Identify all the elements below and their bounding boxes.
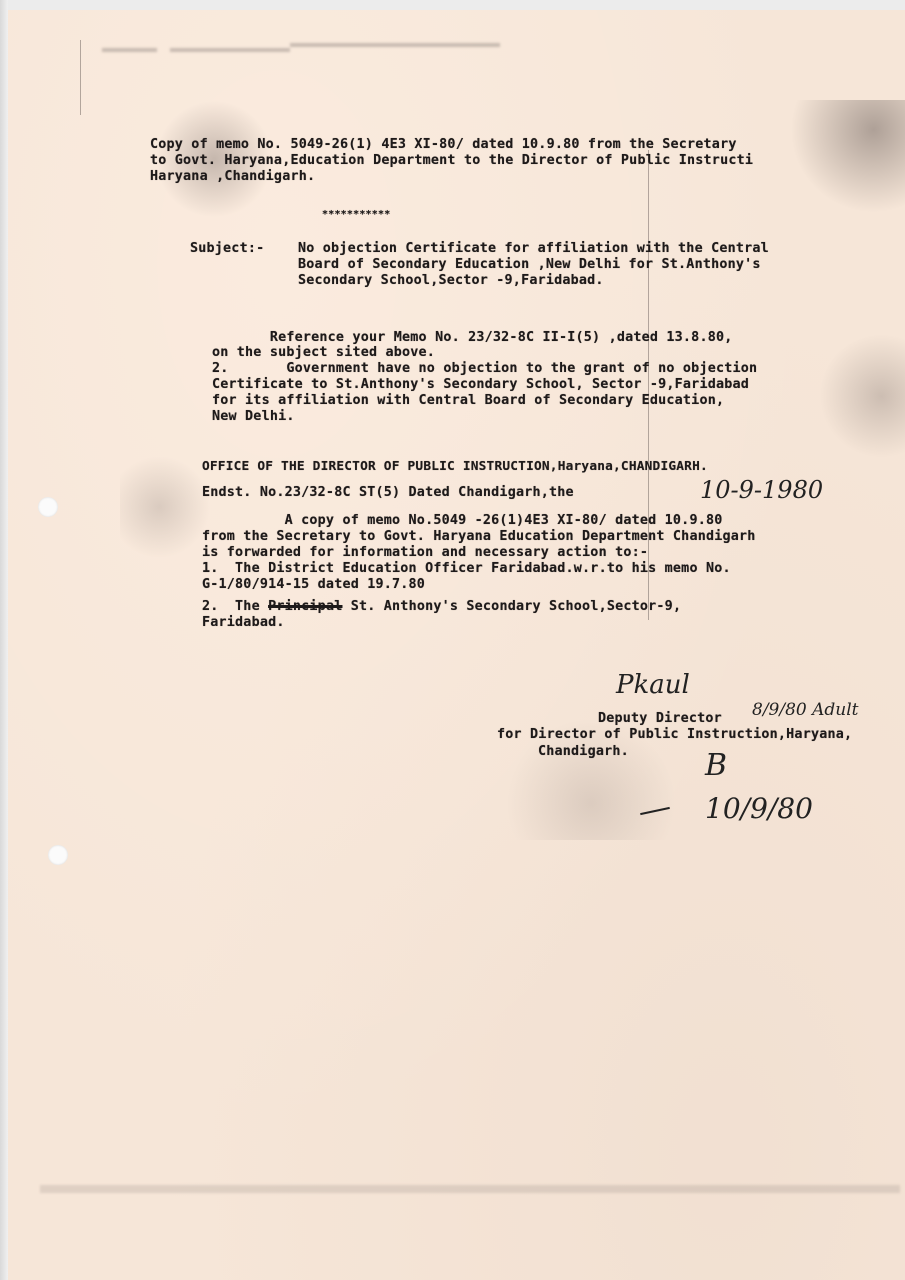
endorsement-line-1: A copy of memo No.5049 -26(1)4E3 XI-80/ … — [202, 514, 723, 529]
body-line-6: New Delhi. — [212, 410, 295, 425]
ghost-strip — [40, 1185, 900, 1193]
header-line-3: Haryana ,Chandigarh. — [150, 170, 315, 185]
recipient-2-prefix: 2. The — [202, 599, 268, 614]
body-line-5: for its affiliation with Central Board o… — [212, 394, 724, 409]
subject-line-3: Secondary School,Sector -9,Faridabad. — [298, 274, 604, 289]
handwritten-initials: B — [705, 748, 727, 783]
document-page — [8, 10, 905, 1280]
recipient-2-line-2: Faridabad. — [202, 616, 285, 631]
ghost-mark — [290, 43, 500, 47]
scanner-edge — [0, 0, 8, 1280]
punch-hole-top — [38, 497, 58, 517]
handwritten-date: 10-9-1980 — [700, 476, 823, 504]
handwritten-signature: Pkaul — [616, 670, 690, 700]
endorsement-number: Endst. No.23/32-8C ST(5) Dated Chandigar… — [202, 486, 574, 501]
punch-hole-bottom — [48, 845, 68, 865]
recipient-1-line-1: 1. The District Education Officer Farida… — [202, 562, 731, 577]
endorsement-line-3: is forwarded for information and necessa… — [202, 546, 648, 561]
header-line-2: to Govt. Haryana,Education Department to… — [150, 154, 753, 169]
struck-word: Principal — [268, 599, 342, 614]
body-line-2: on the subject sited above. — [212, 346, 435, 361]
ghost-mark — [102, 48, 157, 52]
body-line-3: 2. Government have no objection to the g… — [212, 362, 757, 377]
subject-line-1: No objection Certificate for affiliation… — [298, 242, 769, 257]
subject-line-2: Board of Secondary Education ,New Delhi … — [298, 258, 761, 273]
handwritten-date-2: 10/9/80 — [705, 792, 813, 825]
subject-label: Subject:- — [190, 242, 264, 257]
recipient-2-suffix: St. Anthony's Secondary School,Sector-9, — [342, 599, 681, 614]
handwritten-note: 8/9/80 Adult — [752, 700, 859, 720]
signatory-for-line: for Director of Public Instruction,Harya… — [497, 728, 852, 743]
recipient-1-line-2: G-1/80/914-15 dated 19.7.80 — [202, 578, 425, 593]
body-line-1: Reference your Memo No. 23/32-8C II-I(5)… — [212, 331, 733, 346]
recipient-2-line-1: 2. The Principal St. Anthony's Secondary… — [202, 600, 681, 615]
header-line-1: Copy of memo No. 5049-26(1) 4E3 XI-80/ d… — [150, 138, 737, 153]
body-line-4: Certificate to St.Anthony's Secondary Sc… — [212, 378, 749, 393]
office-heading: OFFICE OF THE DIRECTOR OF PUBLIC INSTRUC… — [202, 460, 708, 475]
endorsement-line-2: from the Secretary to Govt. Haryana Educ… — [202, 530, 756, 545]
ghost-mark — [170, 48, 290, 52]
separator: *********** — [322, 208, 390, 223]
signatory-title: Deputy Director — [598, 712, 722, 727]
fold-mark — [80, 40, 81, 115]
signatory-place: Chandigarh. — [538, 745, 629, 760]
